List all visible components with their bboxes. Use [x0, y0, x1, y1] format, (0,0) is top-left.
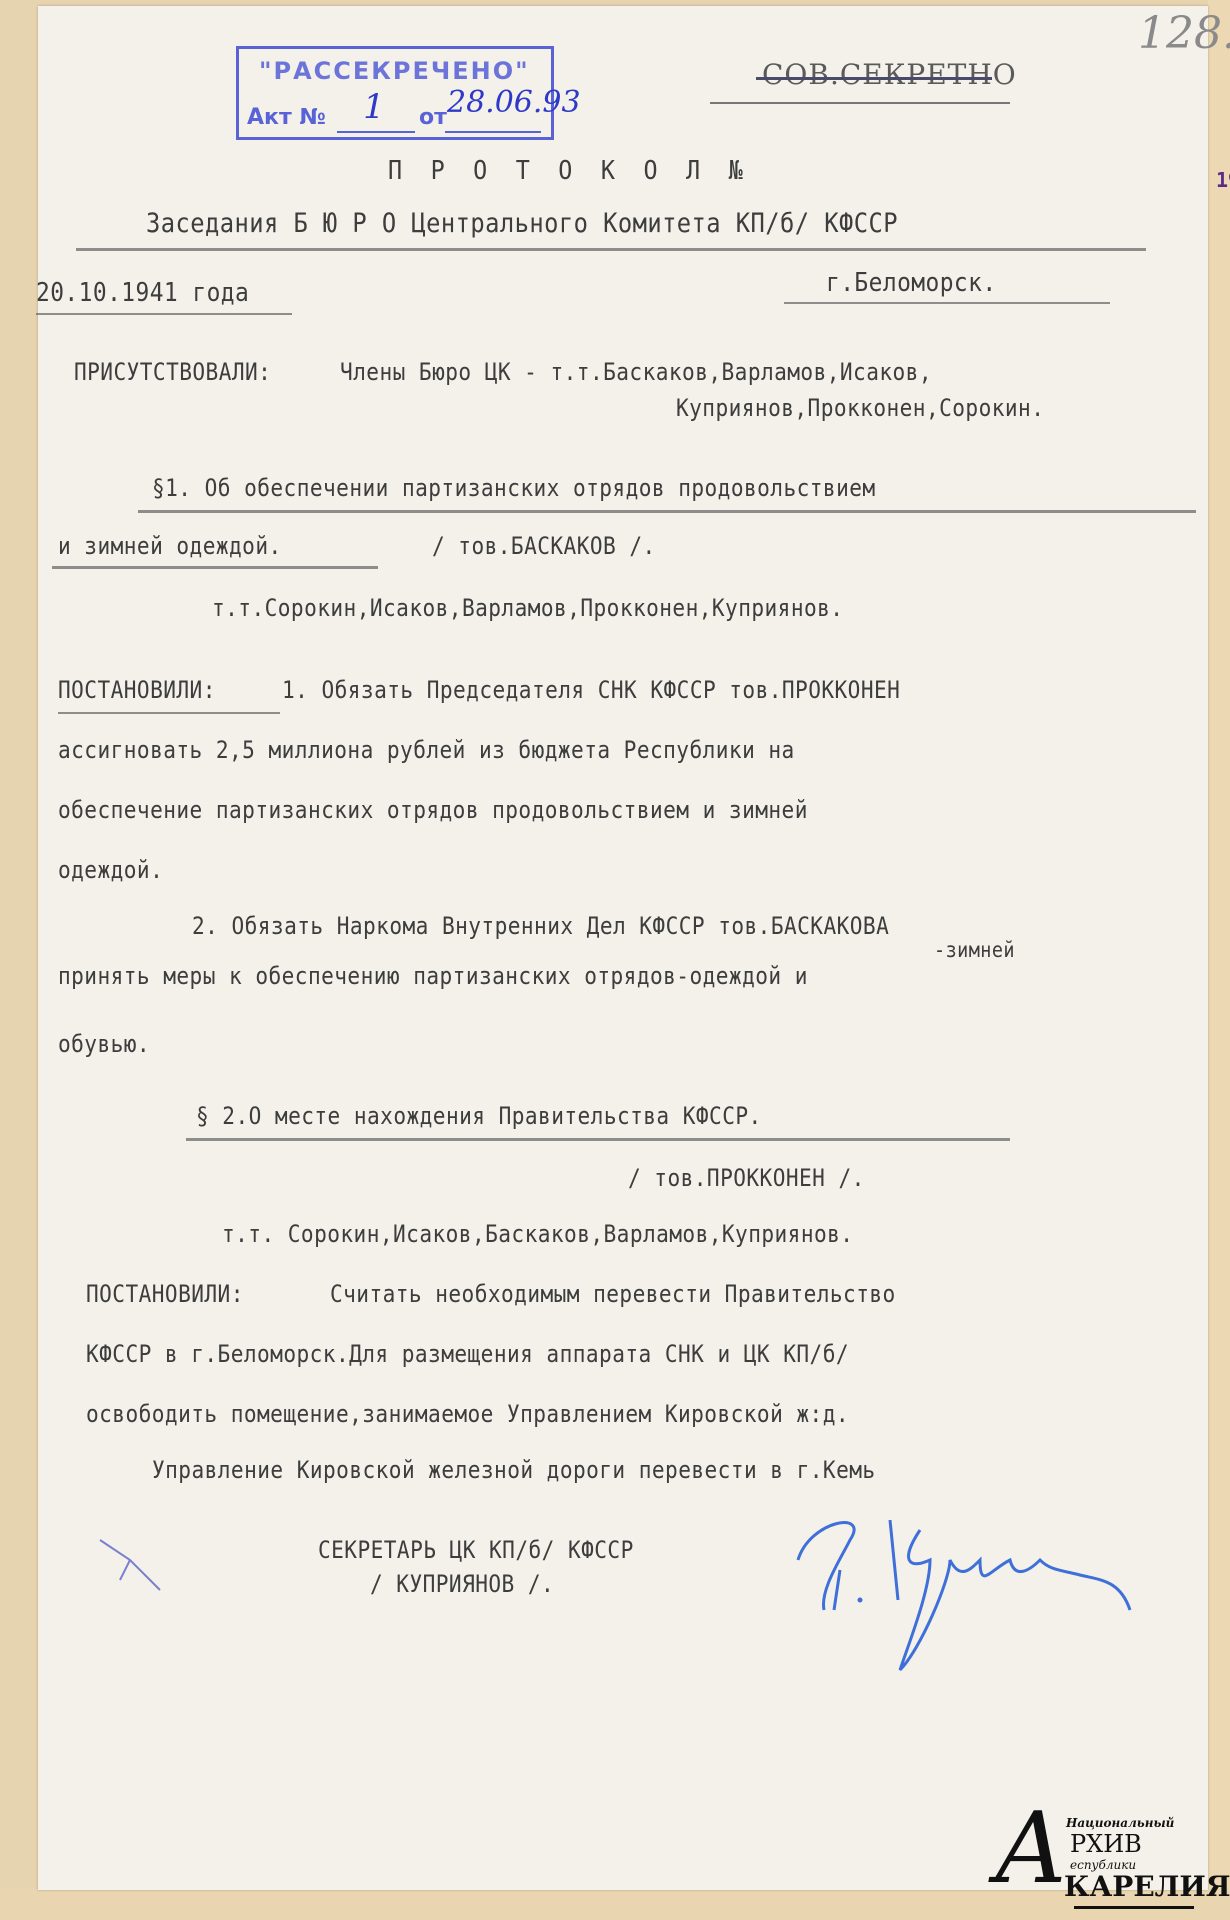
logo-line-2: РХИВ [1070, 1830, 1142, 1858]
section-1-heading-underline-2 [52, 566, 378, 569]
handwritten-signature [780, 1500, 1160, 1680]
meeting-date: 20.10.1941 года [36, 278, 249, 308]
stamp-number-line [337, 131, 415, 133]
section-1-heading-line-1: §1. Об обеспечении партизанских отрядов … [152, 474, 876, 502]
section-1-resolution-line: обеспечение партизанских отрядов продово… [58, 796, 808, 824]
stamp-date: 28.06.93 [447, 85, 581, 120]
section-1-resolution-line: ассигновать 2,5 миллиона рублей из бюдже… [58, 736, 795, 764]
place-underline [784, 302, 1110, 304]
section-2-heading-underline [186, 1138, 1010, 1141]
section-1-heading-underline-1 [138, 510, 1196, 513]
section-2-heading: § 2.О месте нахождения Правительства КФС… [196, 1102, 762, 1130]
section-1-resolution-label: ПОСТАНОВИЛИ: [58, 676, 216, 704]
section-1-resolution-line: обувью. [58, 1030, 150, 1058]
stamp-act-label: Акт № [247, 105, 326, 130]
section-1-resolution-line: 2. Обязать Наркома Внутренних Дел КФССР … [192, 912, 889, 940]
section-2-resolution-line: освободить помещение,занимаемое Управлен… [86, 1400, 849, 1428]
section-1-participants: т.т.Сорокин,Исаков,Варламов,Прокконен,Ку… [212, 594, 843, 622]
archive-backing-edge [1208, 0, 1230, 1920]
signature-name: / КУПРИЯНОВ /. [370, 1570, 554, 1598]
logo-monogram: А [994, 1800, 1068, 1898]
section-2-speaker: / тов.ПРОККОНЕН /. [628, 1164, 865, 1192]
attendance-line-1: Члены Бюро ЦК - т.т.Баскаков,Варламов,Ис… [340, 358, 932, 386]
date-underline [36, 313, 292, 315]
declassified-stamp: "РАССЕКРЕЧЕНО" Акт № 1 от 28.06.93 [236, 46, 554, 140]
meeting-place: г.Беломорск. [826, 268, 997, 298]
archive-logo: А Национальный РХИВ еспублики КАРЕЛИЯ [994, 1806, 1204, 1916]
stamp-date-line [445, 131, 541, 133]
subtitle-underline [76, 248, 1146, 251]
pencil-mark [90, 1530, 190, 1600]
section-1-insertion: -зимней [934, 938, 1015, 962]
logo-line-1: Национальный [1066, 1816, 1174, 1830]
margin-mark: 19 [1216, 168, 1230, 192]
section-2-resolution-label: ПОСТАНОВИЛИ: [86, 1280, 244, 1308]
classification-strikethrough [756, 77, 992, 80]
section-1-resolution-line: принять меры к обеспечению партизанских … [58, 962, 808, 990]
meeting-subtitle: Заседания Б Ю Р О Центрального Комитета … [146, 208, 898, 239]
protocol-title: П Р О Т О К О Л № [388, 156, 750, 186]
section-1-speaker: / тов.БАСКАКОВ /. [432, 532, 656, 560]
section-1-resolution-underline [58, 712, 280, 714]
stamp-act-number: 1 [339, 87, 409, 127]
section-2-resolution-line: Управление Кировской железной дороги пер… [152, 1456, 876, 1484]
section-1-resolution-line: 1. Обязать Председателя СНК КФССР тов.ПР… [282, 676, 900, 704]
stamp-from-label: от [419, 105, 447, 130]
attendance-label: ПРИСУТСТВОВАЛИ: [74, 358, 271, 386]
stamp-title: "РАССЕКРЕЧЕНО" [259, 57, 530, 85]
signature-title: СЕКРЕТАРЬ ЦК КП/б/ КФССР [318, 1536, 634, 1564]
logo-line-4: КАРЕЛИЯ [1064, 1870, 1230, 1903]
classification-label: СОВ.СЕКРЕТНО [762, 58, 1017, 91]
section-2-resolution-line: КФССР в г.Беломорск.Для размещения аппар… [86, 1340, 849, 1368]
section-2-participants: т.т. Сорокин,Исаков,Баскаков,Варламов,Ку… [222, 1220, 853, 1248]
logo-quill-line [1074, 1906, 1194, 1909]
section-2-resolution-line: Считать необходимым перевести Правительс… [330, 1280, 896, 1308]
archive-sheet-number: 128. [1138, 8, 1230, 59]
section-1-heading-line-2: и зимней одеждой. [58, 532, 282, 560]
classification-underline [710, 102, 1010, 104]
attendance-line-2: Куприянов,Прокконен,Сорокин. [676, 394, 1044, 422]
section-1-resolution-line: одеждой. [58, 856, 163, 884]
